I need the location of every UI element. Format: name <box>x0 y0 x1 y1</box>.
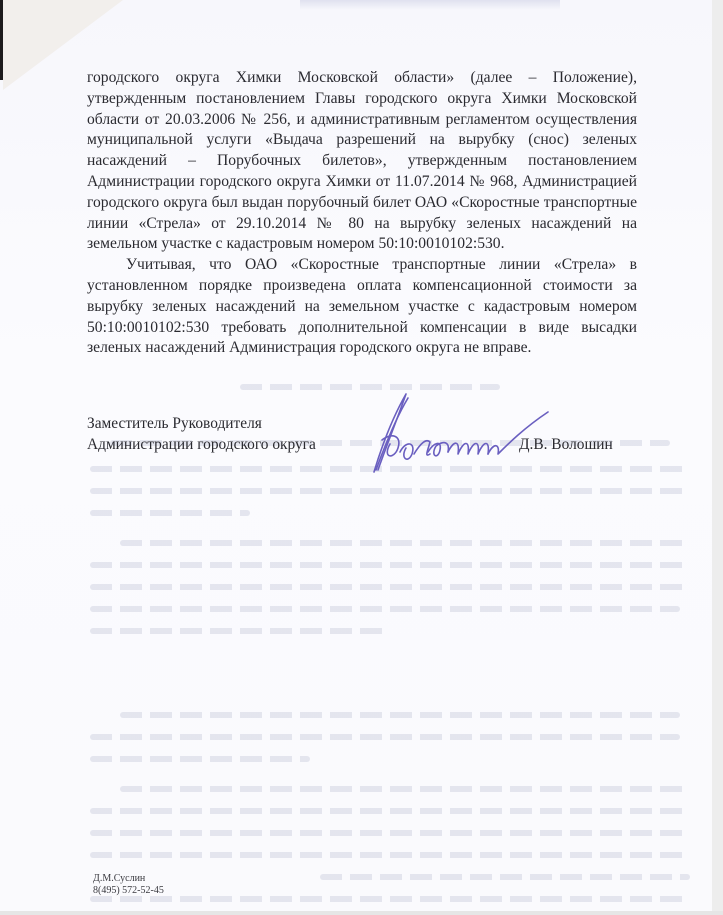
bleed-through <box>90 830 690 836</box>
paragraph-regulations: городского округа Химки Московской облас… <box>87 68 637 255</box>
executor-phone: 8(495) 572-52-45 <box>93 885 164 897</box>
scan-margin-bottom <box>0 911 723 915</box>
scan-shadow <box>300 0 560 10</box>
bleed-through <box>120 540 690 546</box>
bleed-through <box>120 786 690 792</box>
bleed-through <box>90 562 690 568</box>
executor-name: Д.М.Суслин <box>93 873 164 885</box>
letter-body: городского округа Химки Московской облас… <box>87 68 637 359</box>
scan-margin-right <box>712 0 723 911</box>
executor-footer: Д.М.Суслин 8(495) 572-52-45 <box>93 873 164 897</box>
paragraph-conclusion: Учитывая, что ОАО «Скоростные транспортн… <box>87 255 637 359</box>
handwritten-signature-icon <box>368 392 550 476</box>
scan-edge <box>0 0 3 80</box>
bleed-through <box>120 712 680 718</box>
bleed-through <box>90 756 310 762</box>
bleed-through <box>240 384 500 390</box>
bleed-through <box>320 874 690 880</box>
bleed-through <box>90 606 680 612</box>
bleed-through <box>90 808 690 814</box>
bleed-through <box>90 896 690 902</box>
bleed-through <box>90 584 690 590</box>
bleed-through <box>90 488 690 494</box>
bleed-through <box>90 734 680 740</box>
bleed-through <box>90 852 690 858</box>
document-page: городского округа Химки Московской облас… <box>0 0 712 911</box>
bleed-through <box>90 628 390 634</box>
bleed-through <box>90 510 250 516</box>
